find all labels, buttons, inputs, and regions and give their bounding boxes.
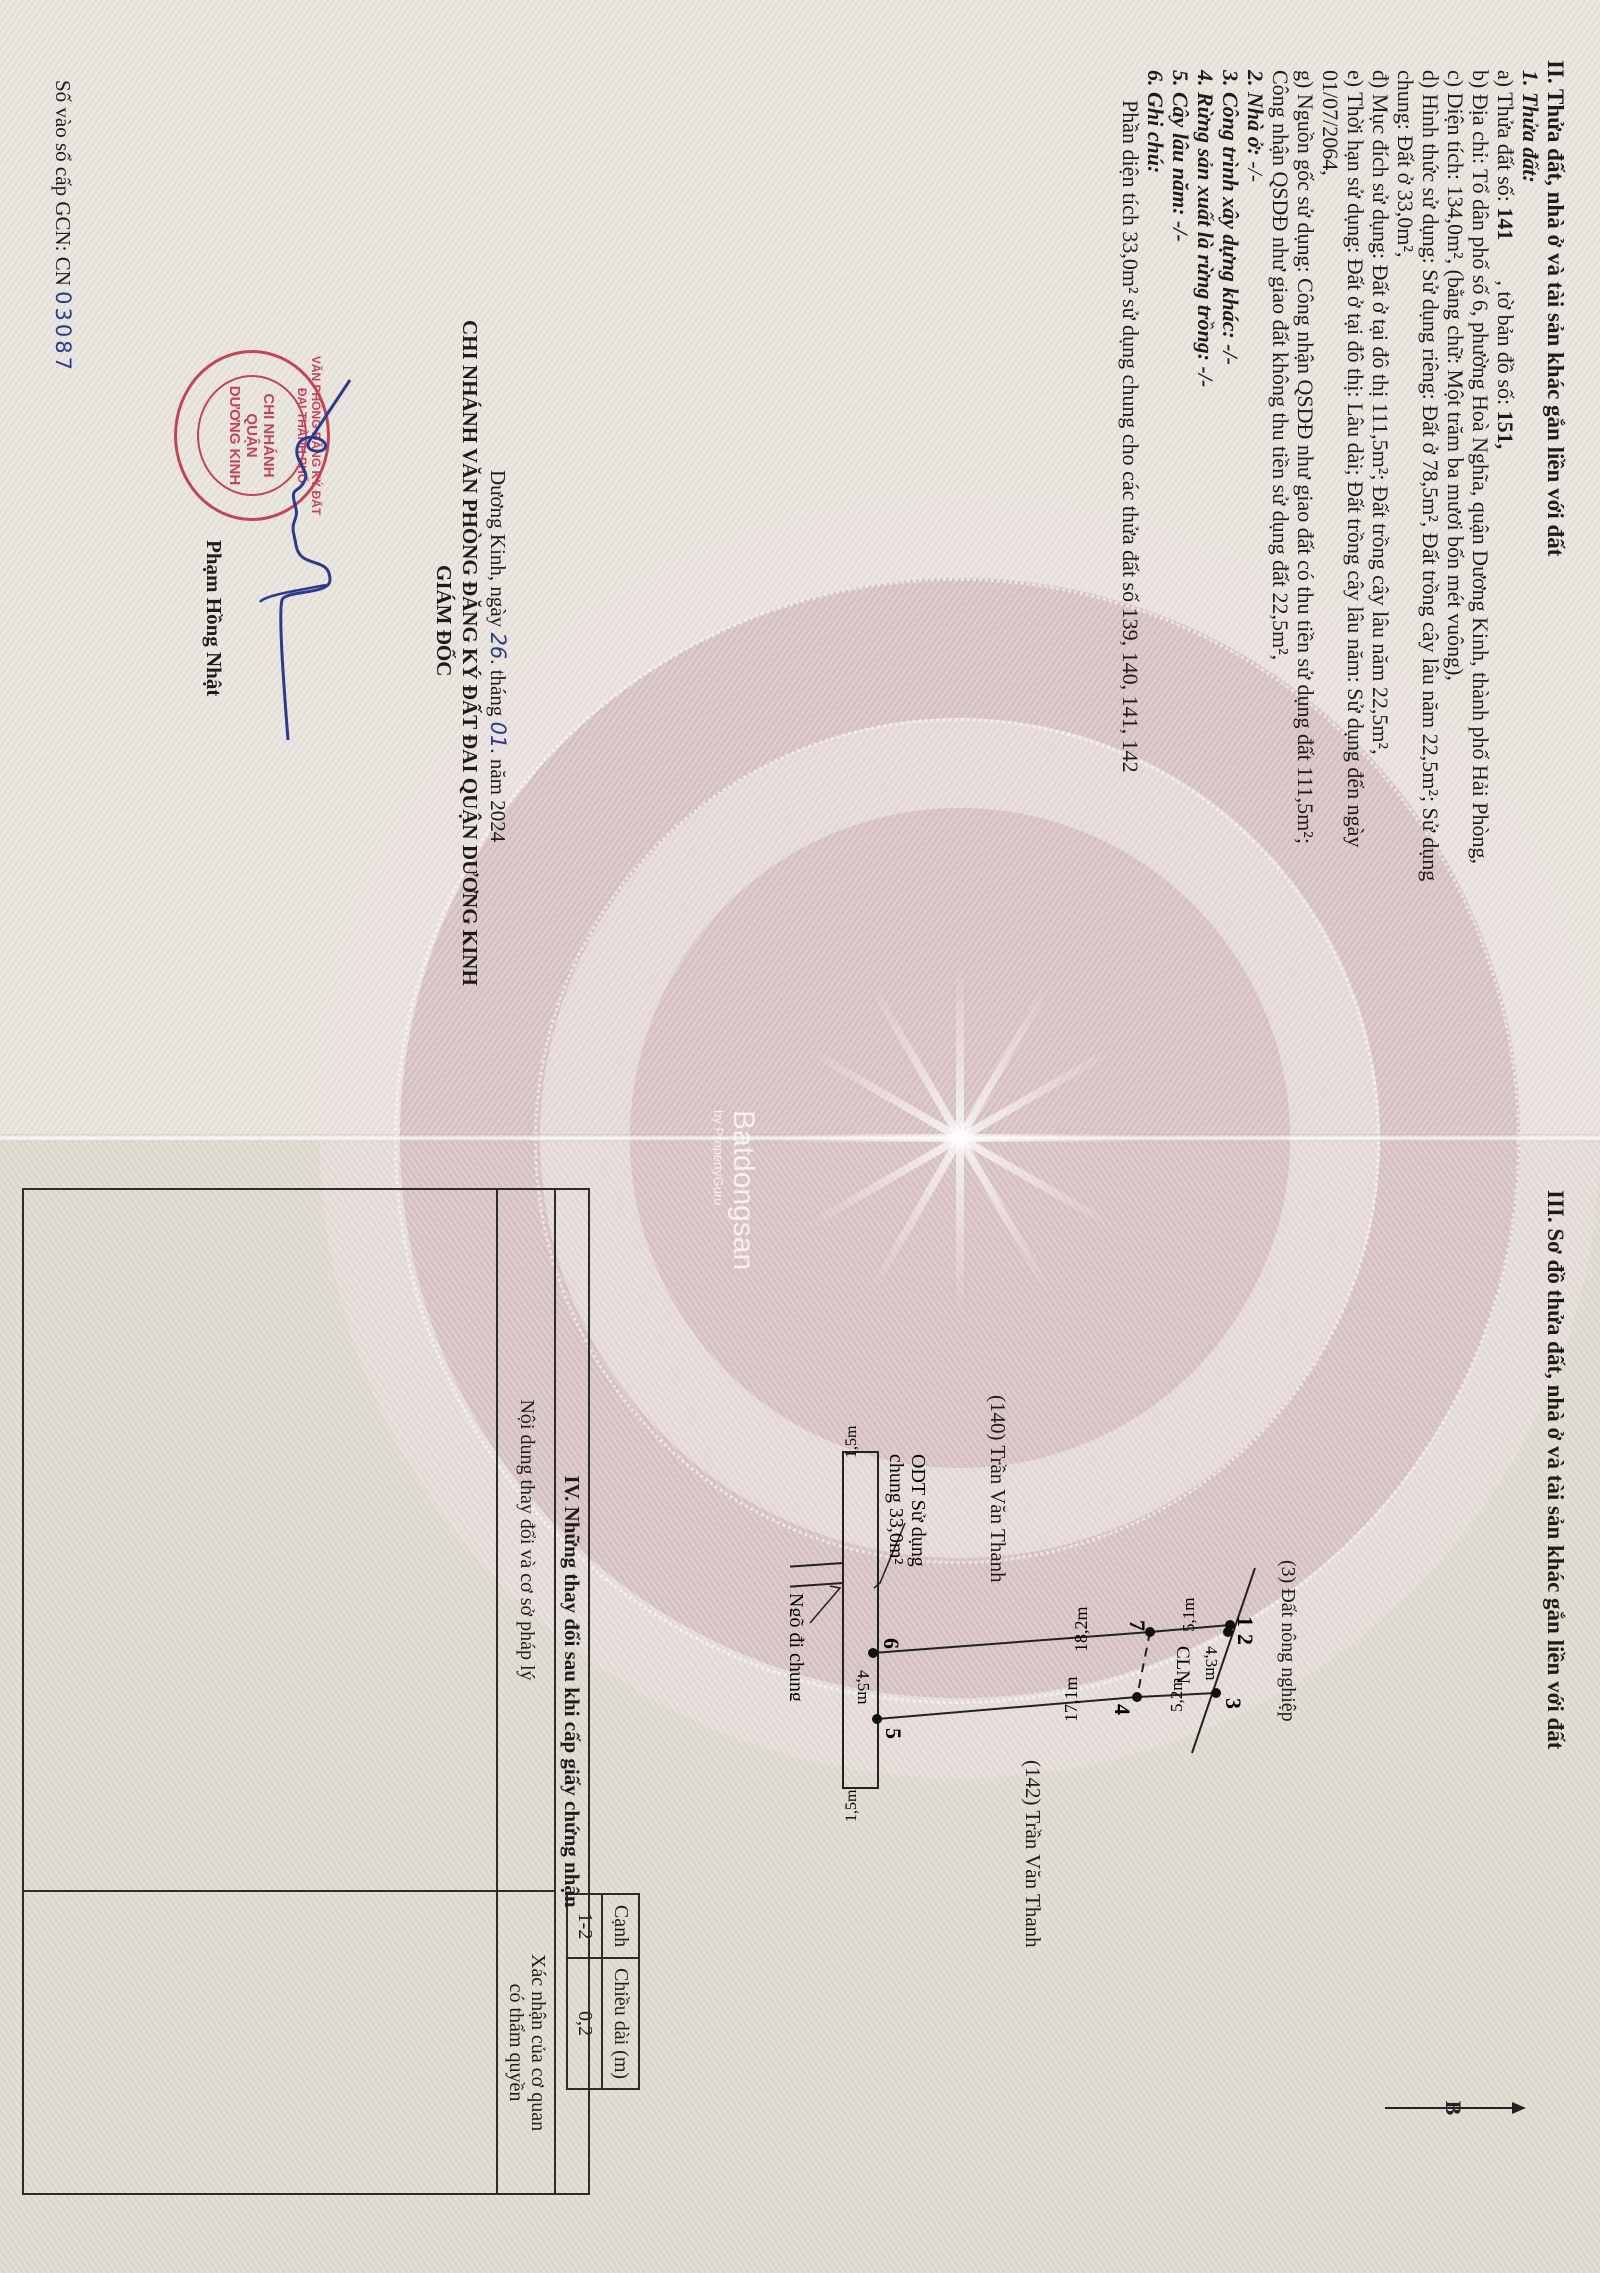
point-3: 3 [1221,1698,1246,1709]
sign-place: Dương Kinh, ngày [486,470,510,632]
right-page: III. Sơ đồ thửa đất, nhà ở và tài sản kh… [0,1138,1600,2273]
section-iii-title: III. Sơ đồ thửa đất, nhà ở và tài sản kh… [1543,1190,1568,1749]
point-2: 2 [1233,1634,1258,1645]
issuer-name: CHI NHÁNH VĂN PHÒNG ĐĂNG KÝ ĐẤT ĐAI QUẬN… [457,320,482,986]
perennial-line: 5. Cây lâu năm: -/- [1168,70,1193,242]
point-4: 4 [1110,1704,1135,1715]
sheet-label: , tờ bản đồ số: [1493,240,1518,410]
edge-header-length: Chiều dài (m) [603,1959,638,2088]
dim-2-3: 4,3m [1202,1646,1221,1680]
certificate-spread: II. Thửa đất, nhà ở và tài sản khác gắn … [0,0,1600,2273]
neighbor-140-label: (140) Trần Văn Thanh [985,1395,1010,1583]
item-1-title: 1. Thửa đất: [1518,70,1543,183]
house-line: 2. Nhà ở: -/- [1243,70,1268,182]
watermark: Batdongsan by PropertyGuru [711,1110,760,1270]
parcel-number: 141 [1493,207,1518,240]
parcel-line: a) Thửa đất số: 141, tờ bản đồ số: 151, [1493,70,1518,449]
watermark-brand: Batdongsan [727,1110,760,1270]
dim-4-5: 17,1m [1061,1676,1081,1722]
usage-term-line-2: 01/07/2064, [1318,70,1343,176]
confirmation-line-1: Xác nhận của cơ quan [527,1954,549,2131]
register-line: Số vào sổ cấp GCN: CN 03087 [50,80,75,373]
north-arrow: B [1380,2093,1530,2123]
section-iv-title: IV. Những thay đổi sau khi cấp giấy chứn… [554,1190,588,2193]
forest-line: 4. Rừng sản xuất là rừng trồng: -/- [1193,70,1218,387]
point-5: 5 [881,1728,906,1739]
house-label: 2. Nhà ở: [1243,70,1268,161]
sign-month-label: . tháng [486,659,510,721]
edge-table-header: Cạnh Chiều dài (m) [601,1895,638,2088]
dim-road-end-b: 1,5m [843,1789,860,1822]
register-label: Số vào sổ cấp GCN: CN [51,80,75,286]
point-7: 7 [1125,1620,1150,1631]
dim-7-6: 18,2m [1071,1606,1091,1652]
signature [250,370,360,750]
left-page: II. Thửa đất, nhà ở và tài sản khác gắn … [0,0,1600,1138]
dim-6-5: 4,5m [854,1670,873,1704]
parcel-diagram: 1 2 3 4 5 6 7 4,3m 5,1m 5,2m CLN 18,2m 1… [790,1388,1310,2088]
changes-table: IV. Những thay đổi sau khi cấp giấy chứn… [22,1188,590,2195]
shared-label-line-1: ODT Sử dụng [907,1454,929,1567]
signer-name: Phạm Hồng Nhật [201,540,226,696]
parcel-label: a) Thửa đất số: [1493,70,1518,207]
confirmation-line-2: có thẩm quyền [505,1954,527,2131]
house-value: -/- [1243,161,1268,182]
north-label: B [1441,2101,1466,2116]
changes-col-confirmation: Xác nhận của cơ quancó thẩm quyền [498,1890,556,2193]
register-number: 03087 [51,291,75,373]
alley-label: Ngõ đi chung [790,1593,807,1702]
usage-term-line: e) Thời hạn sử dụng: Đất ở tại đô thị: L… [1343,70,1368,847]
origin-line-2: Công nhận QSDĐ như giao đất không thu ti… [1268,70,1293,660]
sheet-number: 151, [1493,411,1518,450]
changes-table-header: Nội dung thay đổi và cơ sở pháp lý Xác n… [496,1190,556,2193]
stamp-line: DƯƠNG KINH [227,386,244,485]
section-ii-title: II. Thửa đất, nhà ở và tài sản khác gắn … [1543,60,1568,556]
address-line: b) Địa chỉ: Tổ dân phố số 6, phường Hoà … [1468,70,1493,864]
dim-road-end-a: 1,5m [843,1425,860,1458]
usage-purpose-line: đ) Mục đích sử dụng: Đất ở tại đô thị 11… [1368,70,1393,755]
point-6: 6 [879,1638,904,1649]
shared-road-strip [843,1452,878,1788]
point-1: 1 [1233,1616,1258,1627]
neighbor-142-label: (142) Trần Văn Thanh [1020,1760,1045,1948]
usage-form-line: d) Hình thức sử dụng: Sử dụng riêng: Đất… [1418,70,1443,881]
changes-table-divider [24,1890,498,1892]
edge-header-edge: Cạnh [603,1895,638,1959]
sign-date: Dương Kinh, ngày 26. tháng 01. năm 2024 [485,470,510,842]
note-title: 6. Ghi chú: [1143,70,1168,173]
note-text: Phần diện tích 33,0m² sử dụng chung cho … [1118,100,1143,773]
changes-col-content: Nội dung thay đổi và cơ sở pháp lý [498,1190,556,1890]
shared-label-line-2: chung 33,0m² [885,1454,907,1564]
usage-form-line-2: chung: Đất ở 33,0m², [1393,70,1418,257]
area-line: c) Diện tích: 134,0m², (bằng chữ: Một tr… [1443,70,1468,681]
other-construction-line: 3. Công trình xây dựng khác: -/- [1218,70,1243,365]
sign-month: 01 [486,722,510,749]
cln-label: CLN [1172,1646,1193,1684]
sign-day: 26 [486,632,510,659]
watermark-sub: by PropertyGuru [711,1110,726,1270]
neighbor-north-label: (3) Đất nông nghiệp [1275,1560,1300,1722]
issuer-title: GIÁM ĐỐC [431,565,456,676]
sign-year: . năm 2024 [486,748,510,842]
origin-line: g) Nguồn gốc sử dụng: Công nhận QSDĐ như… [1293,70,1318,844]
dim-1-7: 5,1m [1179,1598,1198,1632]
